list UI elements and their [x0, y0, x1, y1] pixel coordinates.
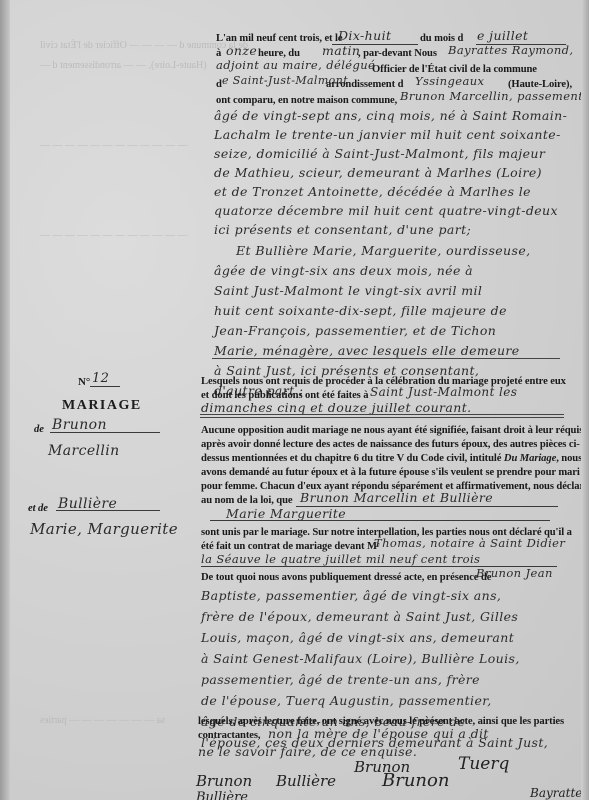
header-arrondissement-label: arrondissement d [326, 79, 403, 90]
signature: Brunon [382, 770, 449, 791]
groom-line: âgé de vingt-sept ans, cinq mois, né à S… [214, 108, 567, 123]
margin-bride-firstnames: Marie, Marguerite [30, 520, 178, 538]
witness-line: Baptiste, passementier, âgé de vingt-six… [201, 588, 501, 603]
groom-line: ici présents et consentant, d'une part; [214, 222, 471, 237]
witness-line: Louis, maçon, âgé de vingt-six ans, deme… [201, 630, 514, 645]
declaration-line: Aucune opposition audit mariage ne nous … [201, 425, 589, 436]
law-declaration-text: au nom de la loi, que [201, 495, 293, 506]
closing-unable-sign-handwritten: ne le savoir faire, de ce enquise. [198, 744, 417, 759]
header-officer-handwritten: Bayrattes Raymond, [448, 43, 574, 57]
contract-notary-handwritten: Thomas, notaire à Saint Didier [374, 536, 565, 550]
bleed-through-text: — — — — — — — — — — — — [40, 230, 188, 241]
act-number-value: 12 [92, 371, 109, 386]
witness-line: frère de l'époux, demeurant à Saint Just… [201, 609, 518, 624]
header-month-handwritten: e juillet [477, 28, 528, 43]
declaration-line: dessus mentionnées et du chapitre 6 du t… [201, 453, 582, 464]
header-day-handwritten: Dix-huit [338, 28, 391, 43]
section-divider [212, 358, 560, 359]
header-time-handwritten: matin [322, 43, 360, 58]
spouses-names-handwritten-2: Marie Marguerite [226, 506, 346, 521]
spouses-names-handwritten: Brunon Marcellin et Bullière [300, 490, 493, 505]
bleed-through-text: sa — — — — — — — parties [40, 715, 165, 726]
declaration-line: après avoir donné lecture des actes de n… [201, 439, 580, 450]
act-type-title: MARIAGE [62, 398, 142, 414]
header-hour-handwritten: onze [226, 43, 257, 58]
groom-line: Lachalm le trente-un janvier mil huit ce… [214, 127, 561, 142]
header-appeared-text: ont comparu, en notre maison commune, [216, 95, 397, 106]
signature: Bayrattes [530, 786, 589, 800]
groom-line: de Mathieu, scieur, demeurant à Marlhes … [214, 165, 542, 180]
bride-line: Saint Just-Malmont le vingt-six avril mi… [214, 283, 482, 298]
bride-line: Et Bullière Marie, Marguerite, ourdisseu… [236, 243, 531, 258]
witness-line: passementier, âgé de trente-un ans, frèr… [201, 672, 480, 687]
declaration-line: avons demandé au futur époux et à la fut… [201, 467, 589, 478]
bleed-through-text: (Haute-Loire), — — arrondissement d — [40, 60, 207, 71]
witness-line: à Saint Genest-Malifaux (Loire), Bullièr… [201, 651, 520, 666]
groom-line: quatorze décembre mil huit cent quatre-v… [214, 203, 558, 218]
groom-line: et de Tronzet Antoinette, décédée à Marl… [214, 184, 531, 199]
contract-text: été fait un contrat de mariage devant Mᵉ [201, 541, 380, 552]
groom-prefix: de [34, 424, 44, 435]
publications-divider [200, 414, 564, 415]
header-commune-prefix: d [216, 79, 222, 90]
closing-mother-handwritten: non la mère de l'épouse qui a dit [268, 726, 489, 741]
bride-line: Marie, ménagère, avec lesquels elle deme… [214, 343, 520, 358]
witness-intro-text: De tout quoi nous avons publiquement dre… [201, 572, 491, 583]
signature: Bullière [196, 790, 248, 800]
bleed-through-text: — — — — — — — — — — — — [40, 140, 188, 151]
bride-prefix: et de [28, 503, 48, 514]
margin-groom-surname: Brunon [52, 417, 107, 433]
signature: Bullière [276, 772, 336, 790]
witness-first-handwritten: Brunon Jean [476, 566, 553, 580]
publications-place-handwritten: Saint Just-Malmont les [370, 385, 517, 399]
bride-line: huit cent soixante-dix-sept, fille majeu… [214, 303, 507, 318]
bride-line: âgée de vingt-six ans deux mois, née à [214, 263, 473, 278]
publications-divider [200, 417, 564, 418]
bride-line: Jean-François, passementier, et de Ticho… [214, 323, 496, 338]
margin-groom-firstname: Marcellin [48, 443, 120, 459]
header-groom-handwritten: Brunon Marcellin, passementier, [400, 89, 589, 103]
header-arrondissement-handwritten: Yssingeaux [415, 74, 484, 88]
signature: Tuerq [458, 754, 509, 774]
signature: Brunon [196, 772, 252, 790]
header-role-handwritten: adjoint au maire, délégué [216, 58, 375, 72]
contract-date-handwritten: la Séauve le quatre juillet mil neuf cen… [201, 552, 480, 566]
act-number-label: N° [78, 376, 90, 388]
publications-dates-handwritten: dimanches cinq et douze juillet courant. [201, 400, 472, 415]
witness-line: de l'épouse, Tuerq Augustin, passementie… [201, 693, 492, 708]
closing-text-2: contractantes, [198, 730, 260, 741]
groom-line: seize, domicilié à Saint-Just-Malmont, f… [214, 146, 545, 161]
register-page: de la commune d — — — — Officier de l'Ét… [0, 0, 589, 800]
